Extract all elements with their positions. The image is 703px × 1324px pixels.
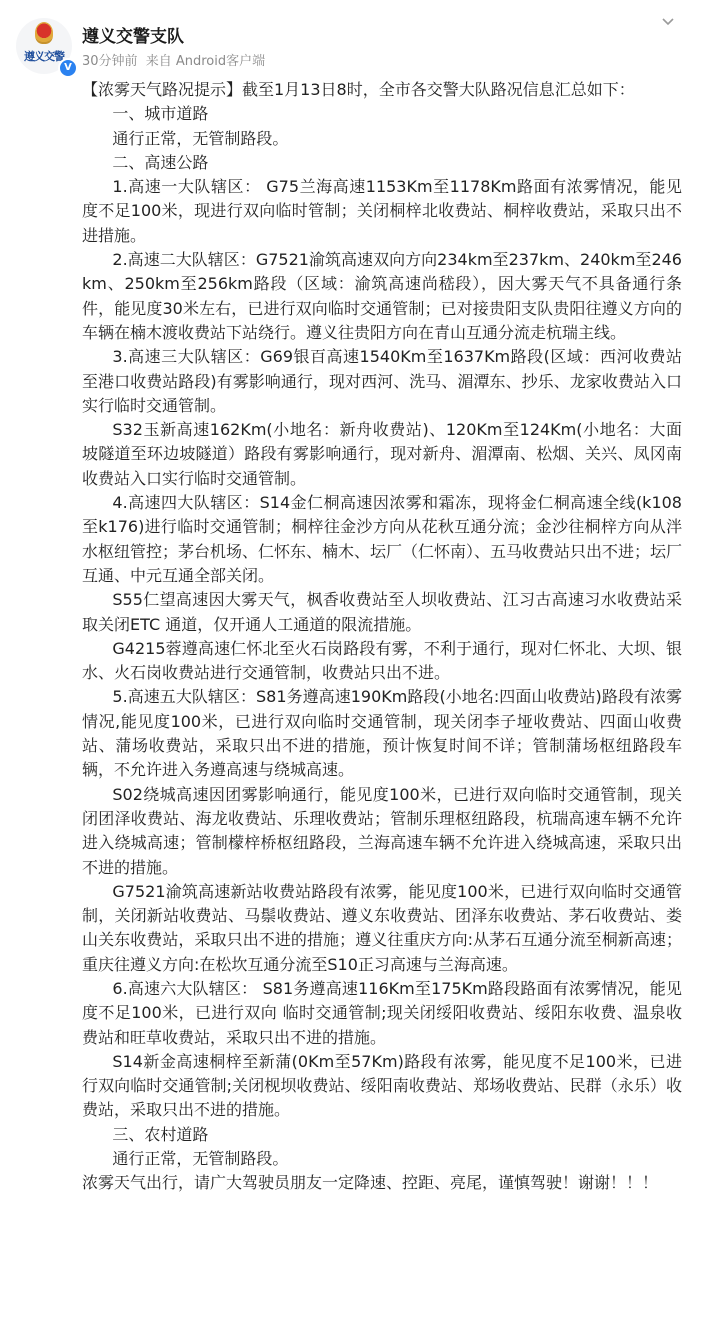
post-paragraph: 5.高速五大队辖区：S81务遵高速190Km路段(小地名:四面山收费站)路段有浓… — [82, 685, 682, 782]
post-paragraph: 3.高速三大队辖区：G69银百高速1540Km至1637Km路段(区域：西河收费… — [82, 345, 682, 418]
post-time: 30分钟前 — [82, 54, 138, 69]
section-heading: 一、城市道路 — [82, 102, 682, 126]
post-meta: 30分钟前 来自 Android客户端 — [82, 50, 269, 69]
section-heading: 三、农村道路 — [82, 1123, 682, 1147]
post-source: 来自 Android客户端 — [146, 54, 265, 69]
post-paragraph: 1.高速一大队辖区： G75兰海高速1153Km至1178Km路面有浓雾情况，能… — [82, 175, 682, 248]
post-paragraph: S02绕城高速因团雾影响通行，能见度100米，已进行双向临时交通管制，现关闭团泽… — [82, 783, 682, 880]
post-content: 【浓雾天气路况提示】截至1月13日8时，全市各交警大队路况信息汇总如下：一、城市… — [82, 78, 682, 1196]
post-paragraph: 2.高速二大队辖区：G7521渝筑高速双向方向234km至237km、240km… — [82, 248, 682, 345]
police-emblem-icon — [35, 22, 53, 44]
post-paragraph: 浓雾天气出行，请广大驾驶员朋友一定降速、控距、亮尾，谨慎驾驶！谢谢！！！ — [82, 1171, 682, 1195]
section-heading: 二、高速公路 — [82, 151, 682, 175]
section-heading: 通行正常，无管制路段。 — [82, 1147, 682, 1171]
post-paragraph: 4.高速四大队辖区：S14金仁桐高速因浓雾和霜冻，现将金仁桐高速全线(k108至… — [82, 491, 682, 588]
section-heading: 通行正常，无管制路段。 — [82, 127, 682, 151]
post-paragraph: 【浓雾天气路况提示】截至1月13日8时，全市各交警大队路况信息汇总如下： — [82, 78, 682, 102]
avatar[interactable]: 遵义交警 V — [16, 18, 72, 74]
chevron-down-icon[interactable] — [660, 14, 676, 30]
post-paragraph: S14新金高速桐梓至新蒲(0Km至57Km)路段有浓雾，能见度不足100米，已进… — [82, 1050, 682, 1123]
author-name[interactable]: 遵义交警支队 — [82, 22, 184, 47]
post-paragraph: G7521渝筑高速新站收费站路段有浓雾，能见度100米，已进行双向临时交通管制，… — [82, 880, 682, 977]
post-paragraph: 6.高速六大队辖区： S81务遵高速116Km至175Km路段路面有浓雾情况，能… — [82, 977, 682, 1050]
post-paragraph: S55仁望高速因大雾天气，枫香收费站至人坝收费站、江习古高速习水收费站采取关闭E… — [82, 588, 682, 637]
post-paragraph: G4215蓉遵高速仁怀北至火石岗路段有雾，不利于通行，现对仁怀北、大坝、银水、火… — [82, 637, 682, 686]
post-paragraph: S32玉新高速162Km(小地名：新舟收费站)、120Km至124Km(小地名：… — [82, 418, 682, 491]
verified-badge-icon: V — [58, 58, 78, 78]
